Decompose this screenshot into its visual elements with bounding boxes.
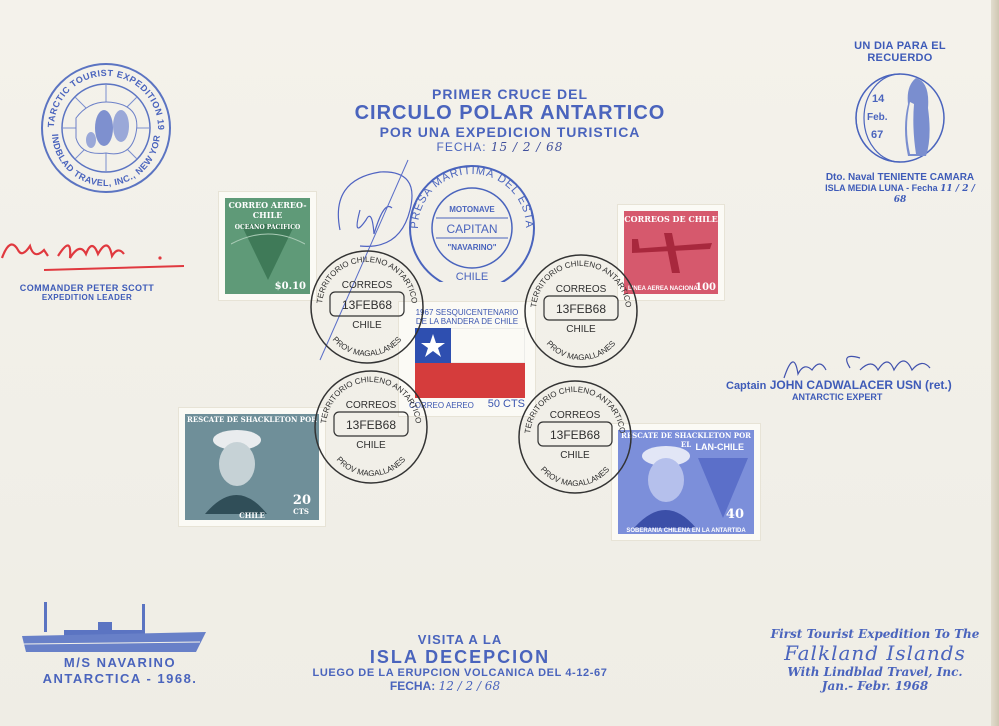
svg-text:CHILE: CHILE [566, 324, 596, 335]
cruce-line3: POR UNA EXPEDICION TURISTICA [330, 124, 690, 140]
scott-name: COMMANDER PETER SCOTT [2, 283, 172, 293]
ship-icon [20, 600, 210, 652]
postmark-3: TERRITORIO CHILENO ANTARTICO PROV MAGALL… [312, 368, 430, 486]
svg-text:CORREOS: CORREOS [342, 280, 393, 291]
stamp-correo-aereo-green: CORREO AEREO-CHILE OCEANO PACIFICO $0.10 [219, 192, 316, 300]
svg-text:CORREOS: CORREOS [550, 410, 601, 421]
scott-title: EXPEDITION LEADER [2, 293, 172, 302]
stamp-shackleton-20cts: RESCATE DE SHACKLETON POR 20 CTS CHILE [179, 408, 325, 526]
cadwalader-rank: Captain [726, 380, 766, 392]
penguin-crescent-icon: 14 Feb. 67 [850, 68, 950, 168]
pilot-portrait-icon [201, 424, 271, 514]
recuerdo-line2: ISLA MEDIA LUNA - Fecha 11 / 2 / 68 [820, 183, 980, 205]
svg-text:CORREOS: CORREOS [556, 284, 607, 295]
isla-decepcion-stamp: VISITA A LA ISLA DECEPCION LUEGO DE LA E… [290, 632, 630, 693]
stamp-shackleton-40cts: RESCATE DE SHACKLETON POR EL LAN-CHILE 4… [612, 424, 760, 540]
airplane-icon [628, 229, 716, 277]
svg-text:13FEB68: 13FEB68 [346, 418, 396, 432]
svg-text:67: 67 [871, 129, 883, 141]
paper-edge [991, 0, 999, 726]
cadwalader-title: ANTARCTIC EXPERT [792, 392, 986, 402]
cadwalader-name: JOHN CADWALACER USN (ret.) [770, 378, 952, 392]
peter-scott-signature [0, 228, 190, 276]
svg-text:CHILE: CHILE [456, 271, 488, 282]
svg-text:13FEB68: 13FEB68 [342, 298, 392, 312]
cadwalader-caption: Captain JOHN CADWALACER USN (ret.) ANTAR… [726, 378, 986, 402]
lindblad-seal: ANTARCTIC TOURIST EXPEDITION 1968 LINDBL… [36, 58, 176, 198]
svg-text:PROV MAGALLANES: PROV MAGALLANES [335, 455, 408, 478]
recuerdo-line1: Dto. Naval TENIENTE CAMARA [820, 172, 980, 183]
svg-text:PROV MAGALLANES: PROV MAGALLANES [331, 335, 404, 358]
svg-text:CORREOS: CORREOS [346, 400, 397, 411]
svg-text:PROV MAGALLANES: PROV MAGALLANES [545, 339, 618, 362]
falkland-stamp: First Tourist Expedition To The Falkland… [760, 627, 990, 693]
svg-text:PROV MAGALLANES: PROV MAGALLANES [539, 465, 612, 488]
cruce-line1: PRIMER CRUCE DEL [330, 86, 690, 102]
navarino-caption: M/S NAVARINO ANTARCTICA - 1968. [20, 655, 220, 687]
svg-text:Feb.: Feb. [867, 112, 888, 123]
chile-flag-icon [415, 328, 525, 398]
recuerdo-title: UN DIA PARA EL RECUERDO [820, 40, 980, 64]
pilot-portrait-icon [630, 442, 700, 528]
postmark-4: TERRITORIO CHILENO ANTARTICO PROV MAGALL… [516, 378, 634, 496]
svg-text:MOTONAVE: MOTONAVE [449, 205, 495, 214]
postmark-1: TERRITORIO CHILENO ANTARTICO PROV MAGALL… [308, 248, 426, 366]
cruce-date-value: 15 / 2 / 68 [491, 140, 564, 154]
svg-text:EMPRESA MARITIMA DEL ESTADO: EMPRESA MARITIMA DEL ESTADO [404, 162, 535, 229]
svg-text:13FEB68: 13FEB68 [556, 302, 606, 316]
svg-text:"NAVARINO": "NAVARINO" [447, 243, 496, 252]
recuerdo-stamp: UN DIA PARA EL RECUERDO 14 Feb. 67 Dto. … [820, 40, 980, 205]
circulo-polar-stamp: PRIMER CRUCE DEL CIRCULO POLAR ANTARTICO… [330, 86, 690, 154]
postmark-2: TERRITORIO CHILENO ANTARTICO PROV MAGALL… [522, 252, 640, 370]
svg-text:13FEB68: 13FEB68 [550, 428, 600, 442]
svg-text:CAPITAN: CAPITAN [446, 222, 497, 236]
svg-text:CHILE: CHILE [356, 440, 386, 451]
cruce-line2: CIRCULO POLAR ANTARTICO [330, 102, 690, 124]
peter-scott-caption: COMMANDER PETER SCOTT EXPEDITION LEADER [2, 283, 172, 302]
svg-text:CHILE: CHILE [352, 320, 382, 331]
svg-text:14: 14 [872, 93, 885, 105]
cadwalader-signature [780, 348, 950, 382]
svg-text:CHILE: CHILE [560, 450, 590, 461]
